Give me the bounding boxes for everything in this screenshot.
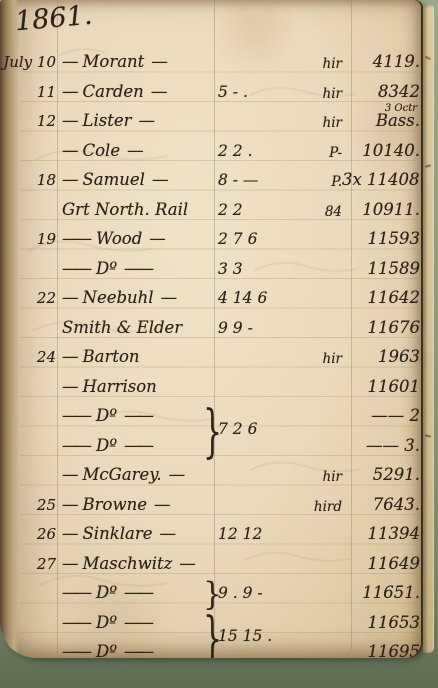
ledger-row: July 10—Morant—hir4119. — [0, 50, 421, 80]
number-cell: —— 3. — [342, 436, 420, 455]
ledger-number: 3x 11408. — [342, 170, 421, 189]
trailing-dash: — — [179, 554, 193, 573]
ledger-number: 11642 — [368, 288, 421, 307]
ink-bleed-mark — [425, 56, 431, 60]
number-cell: 8342 — [342, 82, 420, 101]
trailing-dash: — — [138, 111, 152, 130]
name-cell: —Carden— — [62, 82, 216, 101]
entry-name: Dº — [96, 406, 117, 425]
ledger-row: 22—Neebuhl—4 14 611642 — [0, 286, 421, 316]
ledger-number: 10911. — [362, 200, 420, 219]
ledger-number: 5291. — [373, 465, 420, 484]
trailing-dash: — — [159, 524, 173, 543]
leading-dash: —— — [62, 613, 89, 632]
prefix-cell: 84 — [288, 204, 342, 220]
trailing-dash: — — [149, 229, 163, 248]
ledger-row: ——Dº———— 3. — [0, 434, 421, 464]
prefix-cell: hir — [288, 115, 342, 131]
name-cell: ——Wood— — [62, 229, 216, 248]
entry-name: Harrison — [83, 377, 157, 396]
ledger-row: —McGarey.—hir5291. — [0, 463, 421, 493]
number-cell: 11394 — [342, 524, 420, 543]
number-cell: 11695 — [342, 642, 420, 658]
amount-cell: 2 2 . — [218, 142, 296, 160]
leading-dash: — — [62, 170, 76, 189]
amount-cell: 2 7 6 — [218, 230, 296, 248]
date-cell: 19 — [2, 230, 56, 248]
date-cell: 25 — [2, 496, 56, 514]
entry-name: Browne — [83, 495, 147, 514]
number-cell: 11589 — [342, 259, 420, 278]
trailing-dash: — — [154, 495, 168, 514]
ledger-number: 11394 — [368, 524, 421, 543]
next-page-edge — [423, 5, 434, 653]
ledger-row: 18—Samuel—8 - —P.3x 11408. — [0, 168, 421, 198]
entry-name: Samuel — [83, 170, 145, 189]
date-cell: 24 — [2, 348, 56, 366]
amount-cell: 8 - — — [218, 171, 296, 189]
ledger-number: 11653 — [368, 613, 421, 632]
number-cell: 3x 11408. — [342, 170, 420, 189]
entry-name: Morant — [83, 52, 145, 71]
entry-name: McGarey. — [83, 465, 162, 484]
ledger-row: ——Dº——3 311589 — [0, 257, 421, 287]
amount-cell: 12 12 — [218, 525, 296, 543]
date-cell: 27 — [2, 555, 56, 573]
entry-name: Dº — [96, 259, 117, 278]
name-cell: —Maschwitz— — [62, 554, 216, 573]
ledger-row: Grt North. Rail2 28410911. — [0, 198, 421, 228]
leading-dash: —— — [62, 259, 89, 278]
name-cell: ——Dº—— — [62, 406, 216, 425]
ledger-row: 26—Sinklare—12 1211394 — [0, 522, 421, 552]
prefix-cell: hir — [288, 86, 342, 102]
trailing-dash: — — [127, 141, 141, 160]
ledger-row: ——Dº——11695 — [0, 640, 421, 658]
name-cell: Smith & Elder — [62, 318, 216, 337]
leading-dash: — — [62, 347, 76, 366]
number-cell: 4119. — [342, 52, 420, 71]
ledger-scan: 1861. July 10—Morant—hir4119.11—Carden—5… — [0, 0, 438, 688]
number-cell: 10911. — [342, 200, 420, 219]
trailing-dash: — — [152, 170, 166, 189]
entry-name: Lister — [83, 111, 132, 130]
ledger-number: 1963 — [378, 347, 420, 366]
number-cell: 11676 — [342, 318, 420, 337]
leading-dash: — — [62, 141, 76, 160]
number-cell: 11651. — [342, 583, 420, 602]
amount-cell: 9 . 9 - — [218, 584, 296, 602]
entry-name: Smith & Elder — [62, 318, 182, 337]
number-cell: 3 OctrBass. — [342, 111, 420, 130]
entry-name: Dº — [96, 436, 117, 455]
amount-cell: 5 - . — [218, 83, 296, 101]
trailing-dash: — — [151, 52, 165, 71]
ledger-number: 7643. — [373, 495, 420, 514]
amount-cell: 4 14 6 — [218, 289, 296, 307]
trailing-dash: —— — [124, 436, 151, 455]
name-cell: —Cole— — [62, 141, 216, 160]
name-cell: —Sinklare— — [62, 524, 216, 543]
ledger-page: 1861. July 10—Morant—hir4119.11—Carden—5… — [0, 0, 421, 658]
leading-dash: — — [62, 465, 76, 484]
name-cell: —Morant— — [62, 52, 216, 71]
leading-dash: — — [62, 111, 76, 130]
leading-dash: — — [62, 495, 76, 514]
leading-dash: —— — [62, 642, 89, 658]
leading-dash: — — [62, 377, 76, 396]
prefix-cell: hir — [288, 469, 342, 485]
entry-name: Dº — [96, 642, 117, 658]
leading-dash: —— — [62, 406, 89, 425]
ledger-number: 11651. — [362, 583, 420, 602]
name-cell: ——Dº—— — [62, 259, 216, 278]
ledger-number: —— 2 — [371, 406, 420, 425]
trailing-dash: — — [161, 288, 175, 307]
ledger-number: 11593 — [368, 229, 421, 248]
name-cell: ——Dº—— — [62, 436, 216, 455]
entry-name: Maschwitz — [83, 554, 173, 573]
date-cell: 18 — [2, 171, 56, 189]
ledger-number: 11601 — [368, 377, 421, 396]
ledger-row: 11—Carden—5 - .hir8342 — [0, 80, 421, 110]
amount-cell: 3 3 — [218, 260, 296, 278]
entry-name: Barton — [83, 347, 140, 366]
ledger-row: 25—Browne—hird7643. — [0, 493, 421, 523]
leading-dash: —— — [62, 436, 89, 455]
year-label: 1861. — [14, 0, 94, 37]
number-cell: 10140. — [342, 141, 420, 160]
note-annotation: 3 Octr — [385, 103, 417, 114]
name-cell: —McGarey.— — [62, 465, 216, 484]
ledger-number: 11676 — [368, 318, 421, 337]
ledger-number: 8342 — [378, 82, 420, 101]
ledger-row: 19——Wood—2 7 611593 — [0, 227, 421, 257]
ledger-row: 12—Lister—hir3 OctrBass. — [0, 109, 421, 139]
prefix-cell: P. — [288, 174, 342, 190]
leading-dash: —— — [62, 583, 89, 602]
name-cell: —Lister— — [62, 111, 216, 130]
leading-dash: — — [62, 524, 76, 543]
name-cell: —Harrison — [62, 377, 216, 396]
ledger-number: 11695 — [368, 642, 421, 658]
number-cell: —— 2 — [342, 406, 420, 425]
number-cell: 11653 — [342, 613, 420, 632]
name-cell: Grt North. Rail — [62, 200, 216, 219]
ink-bleed-mark — [425, 164, 431, 168]
leading-dash: — — [62, 288, 76, 307]
entry-name: Neebuhl — [83, 288, 154, 307]
entry-name: Cole — [83, 141, 121, 160]
name-cell: ——Dº—— — [62, 642, 216, 658]
trailing-dash: —— — [124, 406, 151, 425]
trailing-dash: —— — [124, 583, 151, 602]
name-cell: —Samuel— — [62, 170, 216, 189]
name-cell: —Neebuhl— — [62, 288, 216, 307]
number-cell: 11642 — [342, 288, 420, 307]
ledger-number: 4119. — [373, 52, 420, 71]
leading-dash: — — [62, 82, 76, 101]
date-cell: 26 — [2, 525, 56, 543]
name-cell: —Browne— — [62, 495, 216, 514]
trailing-dash: — — [151, 82, 165, 101]
entry-name: Grt North. Rail — [62, 200, 188, 219]
amount-cell: 2 2 — [218, 201, 296, 219]
leading-dash: — — [62, 554, 76, 573]
trailing-dash: — — [169, 465, 183, 484]
number-cell: 11593 — [342, 229, 420, 248]
prefix-cell: hird — [288, 499, 342, 515]
trailing-dash: —— — [124, 613, 151, 632]
amount-cell: 9 9 - — [218, 319, 296, 337]
prefix-cell: P- — [288, 145, 342, 161]
date-cell: 12 — [2, 112, 56, 130]
entry-name: Dº — [96, 613, 117, 632]
name-cell: ——Dº—— — [62, 583, 216, 602]
trailing-dash: —— — [124, 259, 151, 278]
leading-dash: — — [62, 52, 76, 71]
ledger-number: —— 3. — [366, 436, 420, 455]
entry-name: Wood — [96, 229, 142, 248]
entry-name: Carden — [83, 82, 144, 101]
prefix-cell: hir — [288, 56, 342, 72]
number-cell: 5291. — [342, 465, 420, 484]
prefix-cell: hir — [288, 351, 342, 367]
name-cell: ——Dº—— — [62, 613, 216, 632]
number-cell: 11649 — [342, 554, 420, 573]
ledger-number: 10140. — [362, 141, 420, 160]
number-cell: 1963 — [342, 347, 420, 366]
date-cell: 22 — [2, 289, 56, 307]
rows-layer: July 10—Morant—hir4119.11—Carden—5 - .hi… — [0, 50, 421, 655]
entry-name: Sinklare — [83, 524, 153, 543]
ledger-number: 11589 — [368, 259, 421, 278]
name-cell: —Barton — [62, 347, 216, 366]
entry-name: Dº — [96, 583, 117, 602]
leading-dash: —— — [62, 229, 89, 248]
number-cell: 7643. — [342, 495, 420, 514]
date-cell: 11 — [2, 83, 56, 101]
ledger-row: —Cole—2 2 .P-10140. — [0, 139, 421, 169]
ledger-row: 24—Bartonhir1963 — [0, 345, 421, 375]
ledger-number: 11649 — [368, 554, 421, 573]
number-cell: 11601 — [342, 377, 420, 396]
trailing-dash: —— — [124, 642, 151, 658]
ledger-row: Smith & Elder9 9 -11676 — [0, 316, 421, 346]
ink-bleed-mark — [425, 434, 431, 437]
date-cell: July 10 — [2, 53, 56, 71]
